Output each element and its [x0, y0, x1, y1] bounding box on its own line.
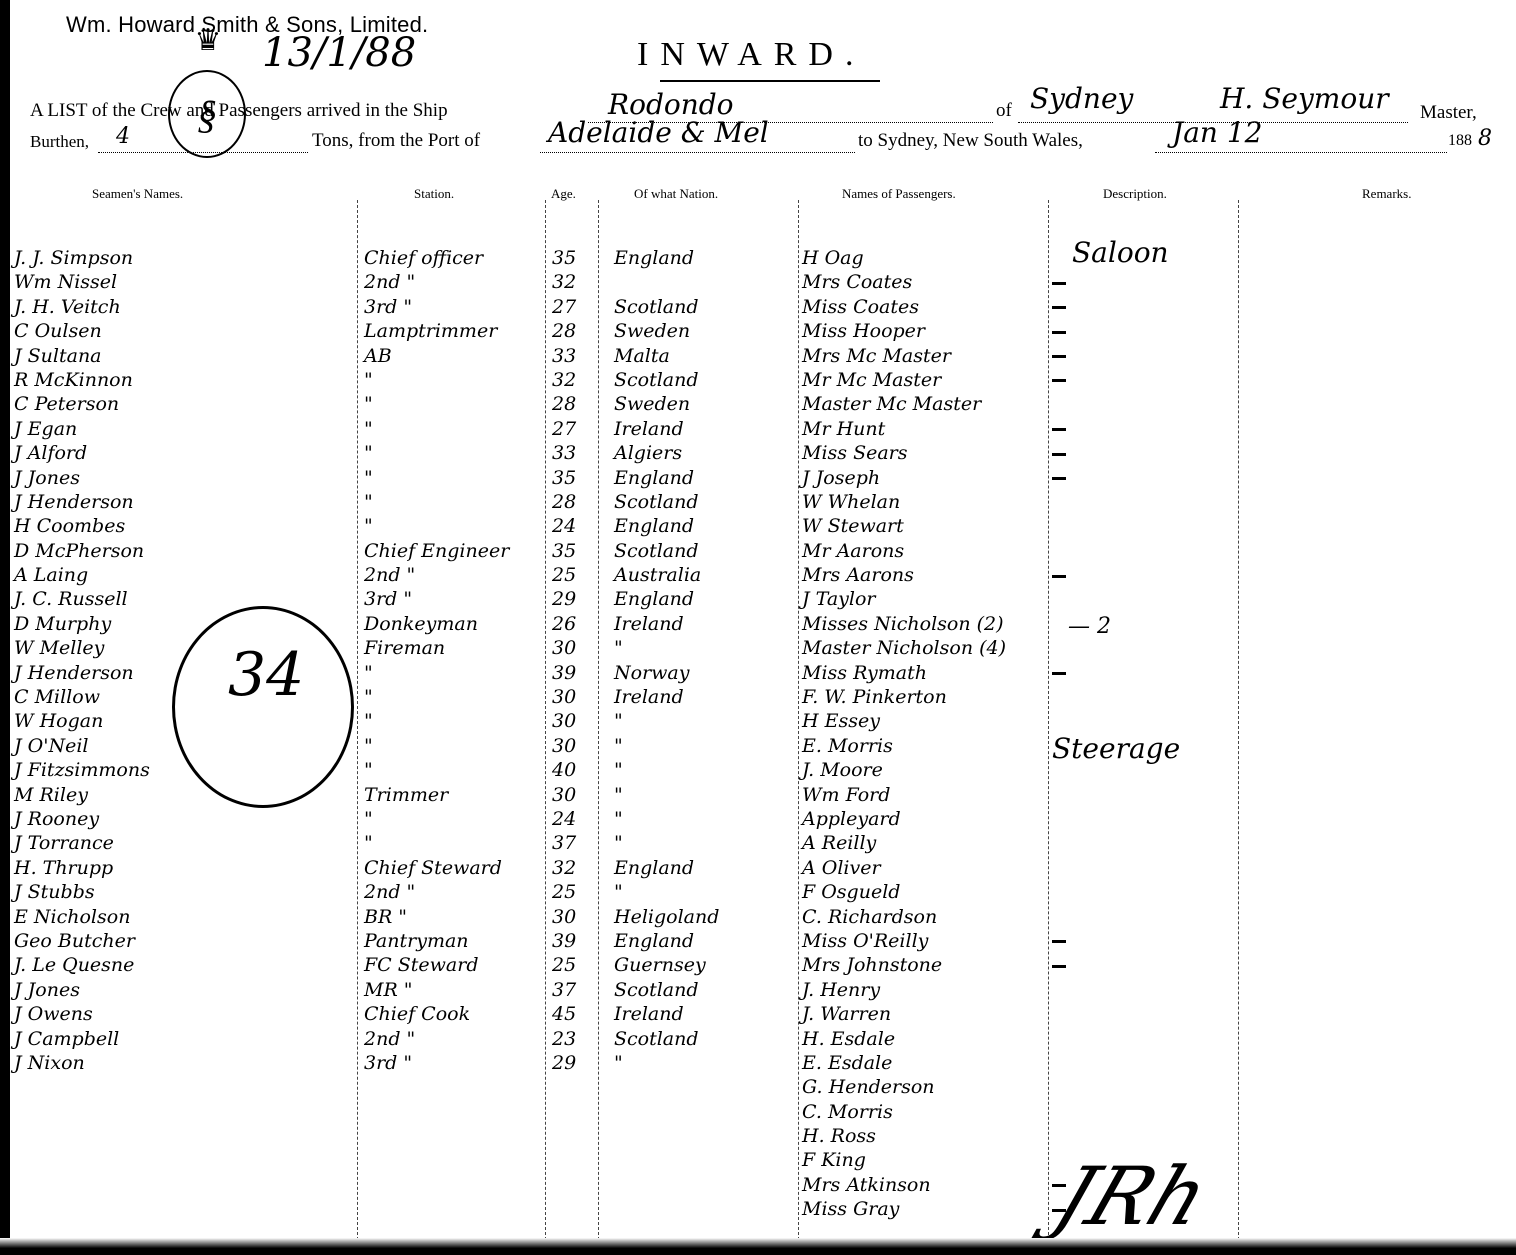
seaman-name: R McKinnon — [14, 368, 150, 392]
arrival-date-value: Jan 12 — [1172, 116, 1262, 149]
passenger-name: F King — [802, 1148, 1006, 1172]
seaman-name: J. Le Quesne — [14, 953, 150, 977]
seaman-station: Chief Engineer — [364, 539, 509, 563]
seaman-age: 28 — [552, 392, 576, 416]
seaman-nation: " — [614, 807, 719, 831]
passenger-name: J. Moore — [802, 758, 1006, 782]
seaman-station: " — [364, 368, 509, 392]
passenger-name: Mrs Atkinson — [802, 1173, 1006, 1197]
dash-mark-icon — [1052, 306, 1066, 309]
ditto-mark — [1052, 807, 1066, 831]
ditto-mark — [1052, 246, 1066, 270]
seaman-age: 45 — [552, 1002, 576, 1026]
passenger-name: Miss O'Reilly — [802, 929, 1006, 953]
col-seamen-names: Seamen's Names. — [92, 186, 183, 202]
dash-mark-icon — [1052, 331, 1066, 334]
seaman-name: J Fitzsimmons — [14, 758, 150, 782]
seaman-station: " — [364, 466, 509, 490]
burthen-line — [98, 152, 308, 153]
passenger-name: Miss Sears — [802, 441, 1006, 465]
passenger-name: Miss Hooper — [802, 319, 1006, 343]
passenger-name: A Oliver — [802, 856, 1006, 880]
seaman-name: C Peterson — [14, 392, 150, 416]
seaman-name: J Henderson — [14, 661, 150, 685]
seaman-nation: Scotland — [614, 539, 719, 563]
arrival-date-line — [1155, 152, 1447, 153]
seaman-name: J Jones — [14, 978, 150, 1002]
scan-edge-left — [0, 0, 10, 1255]
seaman-station: BR " — [364, 905, 509, 929]
ditto-mark — [1052, 1051, 1066, 1075]
seaman-station: 3rd " — [364, 1051, 509, 1075]
seaman-nation: " — [614, 734, 719, 758]
ditto-mark — [1052, 490, 1066, 514]
passenger-name: F. W. Pinkerton — [802, 685, 1006, 709]
passenger-names-column: H OagMrs CoatesMiss CoatesMiss HooperMrs… — [802, 246, 1006, 1222]
seaman-age: 25 — [552, 953, 576, 977]
seaman-nation: Ireland — [614, 1002, 719, 1026]
passenger-name: Wm Ford — [802, 783, 1006, 807]
col-nation: Of what Nation. — [634, 186, 718, 202]
seaman-name: A Laing — [14, 563, 150, 587]
description-steerage: Steerage — [1052, 732, 1180, 765]
seaman-station: Chief Cook — [364, 1002, 509, 1026]
seaman-station: 2nd " — [364, 563, 509, 587]
ditto-mark — [1052, 661, 1066, 685]
seaman-station: 2nd " — [364, 270, 509, 294]
seaman-station: " — [364, 392, 509, 416]
seaman-age: 30 — [552, 734, 576, 758]
seaman-station: Lamptrimmer — [364, 319, 509, 343]
ditto-mark — [1052, 880, 1066, 904]
seaman-name: W Hogan — [14, 709, 150, 733]
passenger-name: Mr Hunt — [802, 417, 1006, 441]
dash-mark-icon — [1052, 477, 1066, 480]
col-station: Station. — [414, 186, 454, 202]
seaman-nation: England — [614, 514, 719, 538]
seaman-name: J Egan — [14, 417, 150, 441]
seaman-age: 35 — [552, 466, 576, 490]
seaman-age: 23 — [552, 1027, 576, 1051]
description-saloon: Saloon — [1072, 236, 1169, 269]
seaman-age: 25 — [552, 880, 576, 904]
seaman-nation: Algiers — [614, 441, 719, 465]
ditto-mark — [1052, 929, 1066, 953]
seaman-name: J O'Neil — [14, 734, 150, 758]
seaman-nation: " — [614, 709, 719, 733]
stamp-date: 13/1/88 — [262, 30, 416, 76]
ditto-mark — [1052, 319, 1066, 343]
seaman-age: 30 — [552, 636, 576, 660]
seaman-name: C Millow — [14, 685, 150, 709]
seaman-station: " — [364, 807, 509, 831]
seaman-station: Fireman — [364, 636, 509, 660]
seaman-name: J Nixon — [14, 1051, 150, 1075]
seaman-nation: Scotland — [614, 978, 719, 1002]
passenger-name: J. Warren — [802, 1002, 1006, 1026]
seaman-nation: Scotland — [614, 490, 719, 514]
seaman-nation: England — [614, 929, 719, 953]
passenger-name: Miss Gray — [802, 1197, 1006, 1221]
ditto-mark — [1052, 685, 1066, 709]
seaman-age: 37 — [552, 978, 576, 1002]
seaman-nation: Sweden — [614, 392, 719, 416]
seaman-nation: " — [614, 783, 719, 807]
seaman-nation — [614, 270, 719, 294]
seaman-station: Pantryman — [364, 929, 509, 953]
passenger-name: F Osgueld — [802, 880, 1006, 904]
nicholson-count-note: — 2 — [1068, 614, 1111, 639]
seaman-nation: Scotland — [614, 1027, 719, 1051]
seaman-nation: Norway — [614, 661, 719, 685]
seaman-name: M Riley — [14, 783, 150, 807]
passenger-name: E. Esdale — [802, 1051, 1006, 1075]
seaman-age: 32 — [552, 856, 576, 880]
passenger-name: H. Esdale — [802, 1027, 1006, 1051]
seaman-station: " — [364, 758, 509, 782]
ditto-mark — [1052, 953, 1066, 977]
seaman-station: 2nd " — [364, 1027, 509, 1051]
seaman-name: J Rooney — [14, 807, 150, 831]
burthen-value: 4 — [116, 124, 130, 149]
seaman-age: 24 — [552, 514, 576, 538]
ditto-mark — [1052, 612, 1066, 636]
seaman-nation: Scotland — [614, 295, 719, 319]
nation-column: EnglandScotlandSwedenMaltaScotlandSweden… — [614, 246, 719, 1075]
seaman-name: J Alford — [14, 441, 150, 465]
dash-mark-icon — [1052, 379, 1066, 382]
passenger-name: Master Nicholson (4) — [802, 636, 1006, 660]
seaman-age: 33 — [552, 344, 576, 368]
seaman-name: J Campbell — [14, 1027, 150, 1051]
seaman-age: 28 — [552, 319, 576, 343]
passenger-name: Master Mc Master — [802, 392, 1006, 416]
seaman-nation: Heligoland — [614, 905, 719, 929]
seaman-station: Chief Steward — [364, 856, 509, 880]
column-divider — [545, 200, 546, 1240]
seaman-age: 39 — [552, 661, 576, 685]
passenger-name: Miss Rymath — [802, 661, 1006, 685]
passenger-name: H Oag — [802, 246, 1006, 270]
seaman-station: 2nd " — [364, 880, 509, 904]
official-signature: JRh — [1043, 1150, 1221, 1243]
seaman-age: 30 — [552, 783, 576, 807]
seaman-age: 32 — [552, 368, 576, 392]
seaman-age: 35 — [552, 539, 576, 563]
dash-mark-icon — [1052, 965, 1066, 968]
seaman-age: 39 — [552, 929, 576, 953]
seaman-age: 26 — [552, 612, 576, 636]
dash-mark-icon — [1052, 672, 1066, 675]
seaman-age: 29 — [552, 1051, 576, 1075]
passenger-name: W Stewart — [802, 514, 1006, 538]
seaman-nation: England — [614, 246, 719, 270]
col-passenger-names: Names of Passengers. — [842, 186, 956, 202]
count-stamp-number: 34 — [228, 640, 304, 710]
passenger-name: C. Morris — [802, 1100, 1006, 1124]
seaman-name: J Torrance — [14, 831, 150, 855]
ditto-mark — [1052, 270, 1066, 294]
seaman-station: " — [364, 709, 509, 733]
destination-label: to Sydney, New South Wales, — [858, 130, 1083, 152]
seaman-nation: " — [614, 831, 719, 855]
title-underline — [660, 80, 880, 82]
seaman-age: 33 — [552, 441, 576, 465]
ditto-mark — [1052, 563, 1066, 587]
ditto-mark — [1052, 1100, 1066, 1124]
seaman-nation: England — [614, 856, 719, 880]
ditto-mark — [1052, 709, 1066, 733]
ditto-mark — [1052, 1027, 1066, 1051]
seaman-nation: Ireland — [614, 685, 719, 709]
seaman-age: 30 — [552, 685, 576, 709]
passenger-name: Mr Mc Master — [802, 368, 1006, 392]
list-intro-label: A LIST of the Crew and Passengers arrive… — [30, 100, 448, 122]
seaman-name: H Coombes — [14, 514, 150, 538]
passenger-name: H. Ross — [802, 1124, 1006, 1148]
seaman-age: 27 — [552, 417, 576, 441]
ditto-mark — [1052, 636, 1066, 660]
ditto-mark — [1052, 466, 1066, 490]
dash-mark-icon — [1052, 940, 1066, 943]
col-description: Description. — [1103, 186, 1167, 202]
passenger-name: Miss Coates — [802, 295, 1006, 319]
seaman-station: Donkeyman — [364, 612, 509, 636]
seaman-name: D Murphy — [14, 612, 150, 636]
seaman-nation: Scotland — [614, 368, 719, 392]
column-divider — [357, 200, 358, 1240]
ditto-mark — [1052, 441, 1066, 465]
tons-port-label: Tons, from the Port of — [312, 130, 480, 152]
ditto-mark — [1052, 417, 1066, 441]
col-remarks: Remarks. — [1362, 186, 1411, 202]
seaman-nation: " — [614, 1051, 719, 1075]
seaman-station: " — [364, 831, 509, 855]
seaman-station: " — [364, 734, 509, 758]
seaman-age: 29 — [552, 587, 576, 611]
seaman-station: Trimmer — [364, 783, 509, 807]
seaman-name: Wm Nissel — [14, 270, 150, 294]
seaman-nation: " — [614, 636, 719, 660]
passenger-name: E. Morris — [802, 734, 1006, 758]
seaman-station: " — [364, 490, 509, 514]
seaman-nation: Ireland — [614, 612, 719, 636]
passenger-name: J Taylor — [802, 587, 1006, 611]
column-divider — [598, 200, 599, 1240]
seamen-names-column: J. J. SimpsonWm NisselJ. H. VeitchC Ouls… — [14, 246, 150, 1075]
year-prefix: 188 — [1448, 132, 1472, 150]
of-label: of — [996, 100, 1012, 122]
age-column: 3532272833322827333528243525292630393030… — [552, 246, 576, 1075]
document-title: INWARD. — [637, 36, 865, 74]
column-divider — [1238, 200, 1239, 1240]
seaman-name: J Jones — [14, 466, 150, 490]
dash-mark-icon — [1052, 282, 1066, 285]
column-divider — [1048, 200, 1049, 1240]
station-column: Chief officer2nd "3rd "LamptrimmerAB""""… — [364, 246, 509, 1075]
seaman-nation: England — [614, 587, 719, 611]
passenger-name: Mrs Aarons — [802, 563, 1006, 587]
seaman-station: MR " — [364, 978, 509, 1002]
ditto-mark — [1052, 1075, 1066, 1099]
ditto-mark — [1052, 587, 1066, 611]
passenger-name: Appleyard — [802, 807, 1006, 831]
ditto-mark — [1052, 514, 1066, 538]
from-port-value: Adelaide & Mel — [548, 116, 769, 149]
seaman-age: 32 — [552, 270, 576, 294]
seaman-station: " — [364, 685, 509, 709]
seaman-name: C Oulsen — [14, 319, 150, 343]
passenger-name: Misses Nicholson (2) — [802, 612, 1006, 636]
scan-edge-bottom — [0, 1238, 1516, 1255]
seaman-name: J. C. Russell — [14, 587, 150, 611]
seaman-nation: Malta — [614, 344, 719, 368]
passenger-name: G. Henderson — [802, 1075, 1006, 1099]
seaman-age: 35 — [552, 246, 576, 270]
passenger-name: A Reilly — [802, 831, 1006, 855]
seaman-age: 28 — [552, 490, 576, 514]
seaman-station: 3rd " — [364, 295, 509, 319]
dash-mark-icon — [1052, 575, 1066, 578]
seaman-name: D McPherson — [14, 539, 150, 563]
seaman-age: 24 — [552, 807, 576, 831]
seaman-nation: Guernsey — [614, 953, 719, 977]
seaman-name: W Melley — [14, 636, 150, 660]
passenger-name: W Whelan — [802, 490, 1006, 514]
dash-mark-icon — [1052, 355, 1066, 358]
seaman-name: E Nicholson — [14, 905, 150, 929]
passenger-name: Mrs Mc Master — [802, 344, 1006, 368]
ditto-mark — [1052, 295, 1066, 319]
passenger-name: Mr Aarons — [802, 539, 1006, 563]
seaman-nation: " — [614, 758, 719, 782]
burthen-label: Burthen, — [30, 132, 89, 152]
seaman-name: H. Thrupp — [14, 856, 150, 880]
ditto-mark — [1052, 392, 1066, 416]
seaman-name: J. J. Simpson — [14, 246, 150, 270]
seaman-station: " — [364, 441, 509, 465]
seaman-nation: Ireland — [614, 417, 719, 441]
dash-mark-icon — [1052, 428, 1066, 431]
from-port-line — [540, 152, 855, 153]
ditto-mark — [1052, 1124, 1066, 1148]
ditto-mark — [1052, 368, 1066, 392]
seaman-name: Geo Butcher — [14, 929, 150, 953]
seaman-name: J Sultana — [14, 344, 150, 368]
seaman-name: J Owens — [14, 1002, 150, 1026]
ditto-mark — [1052, 978, 1066, 1002]
dash-mark-icon — [1052, 453, 1066, 456]
master-label: Master, — [1420, 102, 1477, 124]
seaman-station: Chief officer — [364, 246, 509, 270]
seaman-age: 30 — [552, 709, 576, 733]
col-age: Age. — [551, 186, 576, 202]
ditto-mark — [1052, 905, 1066, 929]
passenger-name: Mrs Johnstone — [802, 953, 1006, 977]
passenger-name: C. Richardson — [802, 905, 1006, 929]
seaman-station: AB — [364, 344, 509, 368]
seaman-age: 27 — [552, 295, 576, 319]
seaman-age: 37 — [552, 831, 576, 855]
seaman-nation: England — [614, 466, 719, 490]
year-suffix: 8 — [1478, 126, 1492, 151]
seaman-age: 25 — [552, 563, 576, 587]
ditto-mark — [1052, 856, 1066, 880]
seaman-station: 3rd " — [364, 587, 509, 611]
master-name-value: H. Seymour — [1220, 82, 1389, 115]
seaman-age: 40 — [552, 758, 576, 782]
seaman-name: J Henderson — [14, 490, 150, 514]
seaman-station: FC Steward — [364, 953, 509, 977]
ditto-mark — [1052, 831, 1066, 855]
seaman-nation: Sweden — [614, 319, 719, 343]
seaman-station: " — [364, 417, 509, 441]
ditto-mark — [1052, 1148, 1066, 1172]
ditto-mark — [1052, 783, 1066, 807]
seaman-nation: Australia — [614, 563, 719, 587]
ditto-mark — [1052, 539, 1066, 563]
seaman-name: J Stubbs — [14, 880, 150, 904]
seaman-age: 30 — [552, 905, 576, 929]
seaman-name: J. H. Veitch — [14, 295, 150, 319]
home-port-value: Sydney — [1030, 82, 1133, 115]
seaman-nation: " — [614, 880, 719, 904]
passenger-name: Mrs Coates — [802, 270, 1006, 294]
passenger-name: J Joseph — [802, 466, 1006, 490]
column-divider — [798, 200, 799, 1240]
passenger-name: J. Henry — [802, 978, 1006, 1002]
seaman-station: " — [364, 514, 509, 538]
ditto-mark — [1052, 344, 1066, 368]
crown-icon: ♛ — [190, 22, 226, 60]
passenger-name: H Essey — [802, 709, 1006, 733]
ditto-mark — [1052, 1002, 1066, 1026]
seaman-station: " — [364, 661, 509, 685]
